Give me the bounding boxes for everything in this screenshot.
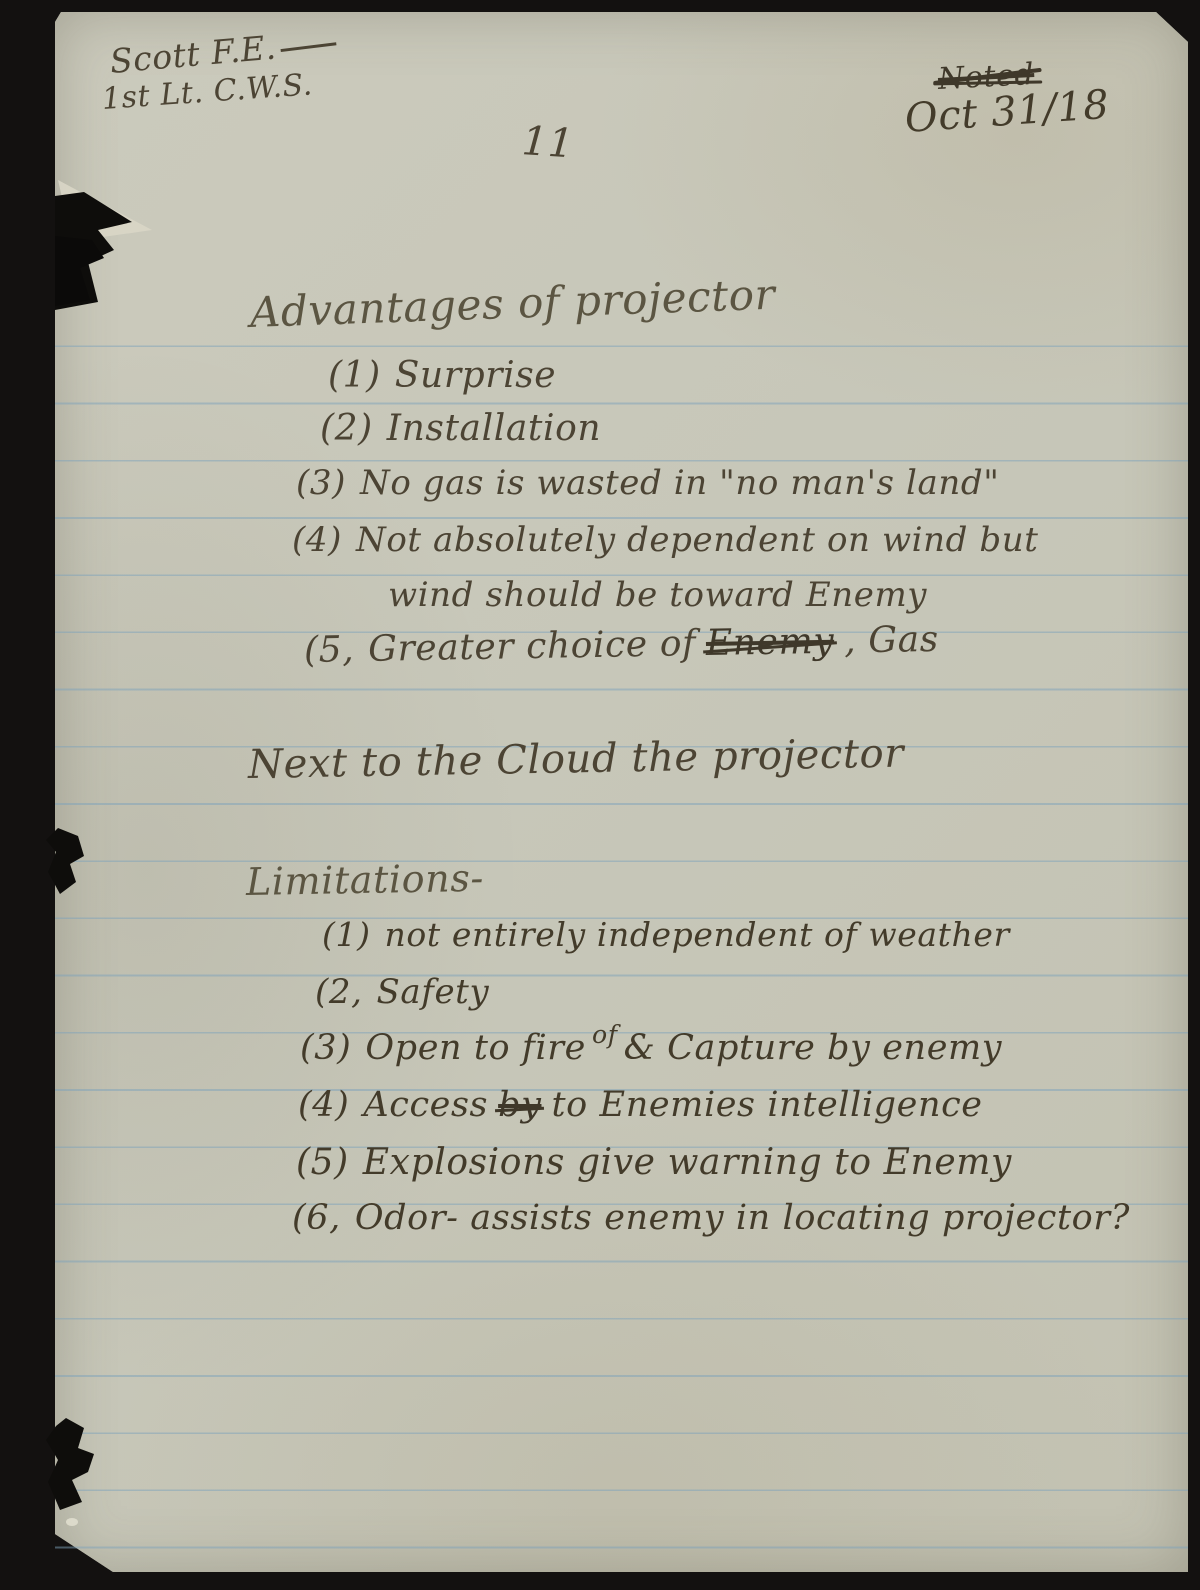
list-item: (1)Surprise: [328, 355, 556, 396]
item-number: (3): [300, 1028, 351, 1068]
list-item: (1)not entirely independent of weather: [322, 915, 1010, 954]
item-text: Surprise: [395, 355, 556, 396]
item-number: (2): [320, 408, 373, 449]
item-number: (1): [322, 915, 371, 954]
limitations-heading: Limitations-: [246, 856, 485, 904]
item-text: to Enemies intelligence: [552, 1085, 983, 1125]
list-item: (4)Accessbyto Enemies intelligence: [298, 1085, 983, 1125]
item-number: (5): [296, 1142, 349, 1183]
item-number: (6,: [292, 1198, 341, 1238]
item-text: , Gas: [844, 619, 939, 662]
item-text: & Capture by enemy: [624, 1028, 1003, 1068]
struck-word: by: [498, 1085, 541, 1125]
item-text: Safety: [377, 972, 490, 1012]
list-item: (3)No gas is wasted in "no man's land": [296, 463, 999, 503]
item-text: Odor- assists enemy in locating projecto…: [355, 1198, 1130, 1238]
item-text: not entirely independent of weather: [385, 915, 1010, 954]
item-text: Not absolutely dependent on wind but: [356, 520, 1039, 560]
list-item: (6,Odor- assists enemy in locating proje…: [292, 1198, 1130, 1238]
inserted-word: of: [592, 1020, 618, 1049]
list-item-continuation: wind should be toward Enemy: [388, 575, 927, 615]
list-item: (2,Safety: [315, 972, 489, 1012]
item-number: (4): [298, 1085, 349, 1125]
list-item: (5)Explosions give warning to Enemy: [296, 1142, 1012, 1183]
list-item: (2)Installation: [320, 408, 601, 449]
notebook-page: [55, 12, 1188, 1572]
item-number: (3): [296, 463, 346, 503]
struck-word: Enemy: [706, 621, 835, 664]
list-item: (4)Not absolutely dependent on wind but: [292, 520, 1039, 560]
item-text: Greater choice of: [368, 623, 696, 670]
list-item: (3)Open to fireof& Capture by enemy: [300, 1028, 1002, 1068]
item-text: No gas is wasted in "no man's land": [360, 463, 999, 503]
item-number: (5,: [304, 629, 355, 671]
item-text: Installation: [387, 408, 601, 449]
item-number: (2,: [315, 972, 363, 1012]
item-text: Access: [363, 1085, 488, 1125]
item-number: (1): [328, 355, 381, 396]
page-number: 11: [520, 118, 575, 168]
item-text: wind should be toward Enemy: [388, 575, 927, 615]
item-text: Open to fire: [365, 1028, 586, 1068]
item-number: (4): [292, 520, 342, 560]
item-text: Explosions give warning to Enemy: [363, 1142, 1012, 1183]
